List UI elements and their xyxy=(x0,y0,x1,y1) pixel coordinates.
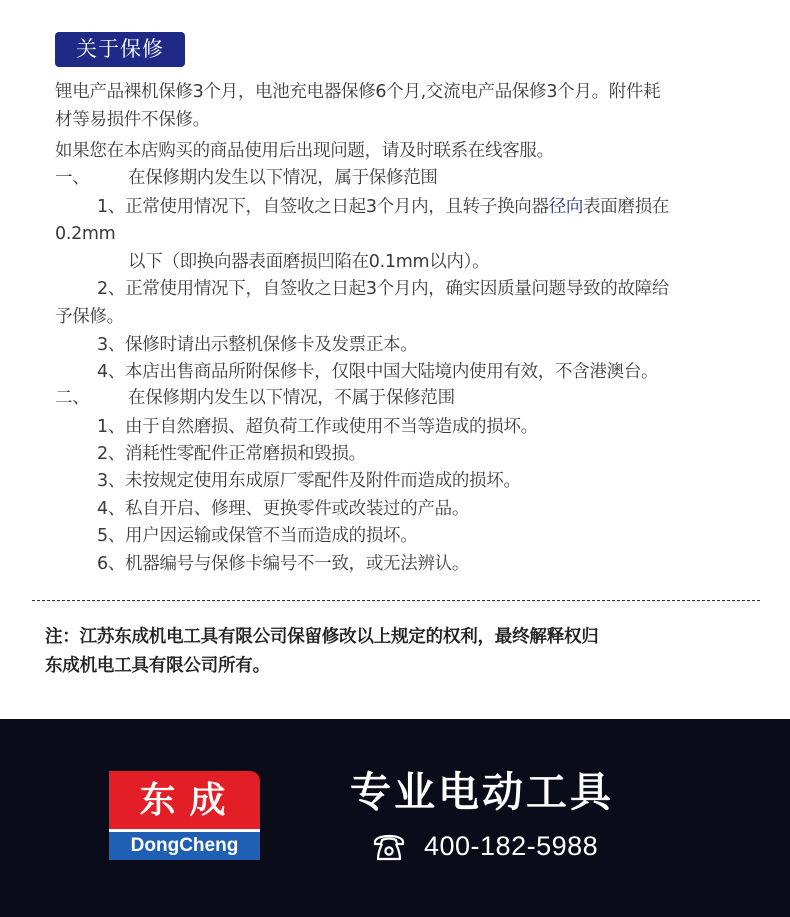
item-text: 用户因运输或保管不当而造成的损坏。 xyxy=(125,526,417,546)
item-text: 消耗性零配件正常磨损和毁损。 xyxy=(125,444,366,464)
section1-item-2-cont: 予保修。 xyxy=(55,305,124,329)
item-number: 1、 xyxy=(97,197,125,217)
section2-item-1: 1、由于自然磨损、超负荷工作或使用不当等造成的损坏。 xyxy=(97,415,538,439)
section1-item-3: 3、保修时请出示整机保修卡及发票正本。 xyxy=(97,333,417,357)
dongcheng-logo: 东成 DongCheng xyxy=(109,771,260,860)
section2-item-5: 5、用户因运输或保管不当而造成的损坏。 xyxy=(97,524,417,548)
section2-item-6: 6、机器编号与保修卡编号不一致，或无法辨认。 xyxy=(97,552,469,576)
intro-line-2: 材等易损件不保修。 xyxy=(55,108,210,132)
item-number: 4、 xyxy=(97,499,125,519)
phone-number: 400-182-5988 xyxy=(424,831,598,862)
item-text: 由于自然磨损、超负荷工作或使用不当等造成的损坏。 xyxy=(125,417,538,437)
item-text: 表面磨损在 xyxy=(583,197,669,217)
section2-marker: 二、 xyxy=(55,386,89,410)
section2-item-3: 3、未按规定使用东成原厂零配件及附件而造成的损坏。 xyxy=(97,469,521,493)
item-number: 4、 xyxy=(97,362,125,382)
logo-chinese-name: 东成 xyxy=(109,771,260,829)
section1-item-1-cont1: 0.2mm xyxy=(55,222,115,246)
item-number: 3、 xyxy=(97,471,125,491)
item-text: 保修时请出示整机保修卡及发票正本。 xyxy=(125,335,417,355)
dashed-divider xyxy=(32,600,760,601)
telephone-icon xyxy=(372,830,406,862)
item-number: 2、 xyxy=(97,279,125,299)
item-number: 6、 xyxy=(97,554,125,574)
item-number: 2、 xyxy=(97,444,125,464)
section-title-badge: 关于保修 xyxy=(55,32,185,67)
item-number: 3、 xyxy=(97,335,125,355)
item-text: 未按规定使用东成原厂零配件及附件而造成的损坏。 xyxy=(125,471,521,491)
item-number: 5、 xyxy=(97,526,125,546)
section1-title: 在保修期内发生以下情况，属于保修范围 xyxy=(128,166,438,190)
highlight-text: 径向 xyxy=(549,197,583,217)
section1-item-4: 4、本店出售商品所附保修卡，仅限中国大陆境内使用有效，不含港澳台。 xyxy=(97,360,658,384)
item-text: 私自开启、修理、更换零件或改装过的产品。 xyxy=(125,499,469,519)
item-number: 1、 xyxy=(97,417,125,437)
section1-item-1-cont2: 以下（即换向器表面磨损凹陷在0.1mm以内）。 xyxy=(128,250,489,274)
section2-title: 在保修期内发生以下情况，不属于保修范围 xyxy=(128,386,455,410)
section2-item-4: 4、私自开启、修理、更换零件或改装过的产品。 xyxy=(97,497,469,521)
section2-item-2: 2、消耗性零配件正常磨损和毁损。 xyxy=(97,442,366,466)
section1-item-1: 1、正常使用情况下，自签收之日起3个月内，且转子换向器径向表面磨损在 xyxy=(97,195,669,219)
warranty-content: 关于保修 锂电产品裸机保修3个月，电池充电器保修6个月,交流电产品保修3个月。附… xyxy=(0,0,790,719)
note-line-1: 注：江苏东成机电工具有限公司保留修改以上规定的权利，最终解释权归 xyxy=(45,625,599,649)
item-text: 本店出售商品所附保修卡，仅限中国大陆境内使用有效，不含港澳台。 xyxy=(125,362,658,382)
section1-marker: 一、 xyxy=(55,166,89,190)
item-text: 正常使用情况下，自签收之日起3个月内，且转子换向器 xyxy=(125,197,549,217)
slogan: 专业电动工具 xyxy=(350,766,614,818)
logo-english-name: DongCheng xyxy=(109,832,260,860)
section1-item-2: 2、正常使用情况下，自签收之日起3个月内，确实因质量问题导致的故障给 xyxy=(97,277,669,301)
note-line-2: 东成机电工具有限公司所有。 xyxy=(45,654,270,678)
item-text: 正常使用情况下，自签收之日起3个月内，确实因质量问题导致的故障给 xyxy=(125,279,669,299)
intro-line-1: 锂电产品裸机保修3个月，电池充电器保修6个月,交流电产品保修3个月。附件耗 xyxy=(55,80,660,104)
item-text: 机器编号与保修卡编号不一致，或无法辨认。 xyxy=(125,554,469,574)
intro-line-3: 如果您在本店购买的商品使用后出现问题，请及时联系在线客服。 xyxy=(55,139,554,163)
hotline: 400-182-5988 xyxy=(372,828,598,864)
